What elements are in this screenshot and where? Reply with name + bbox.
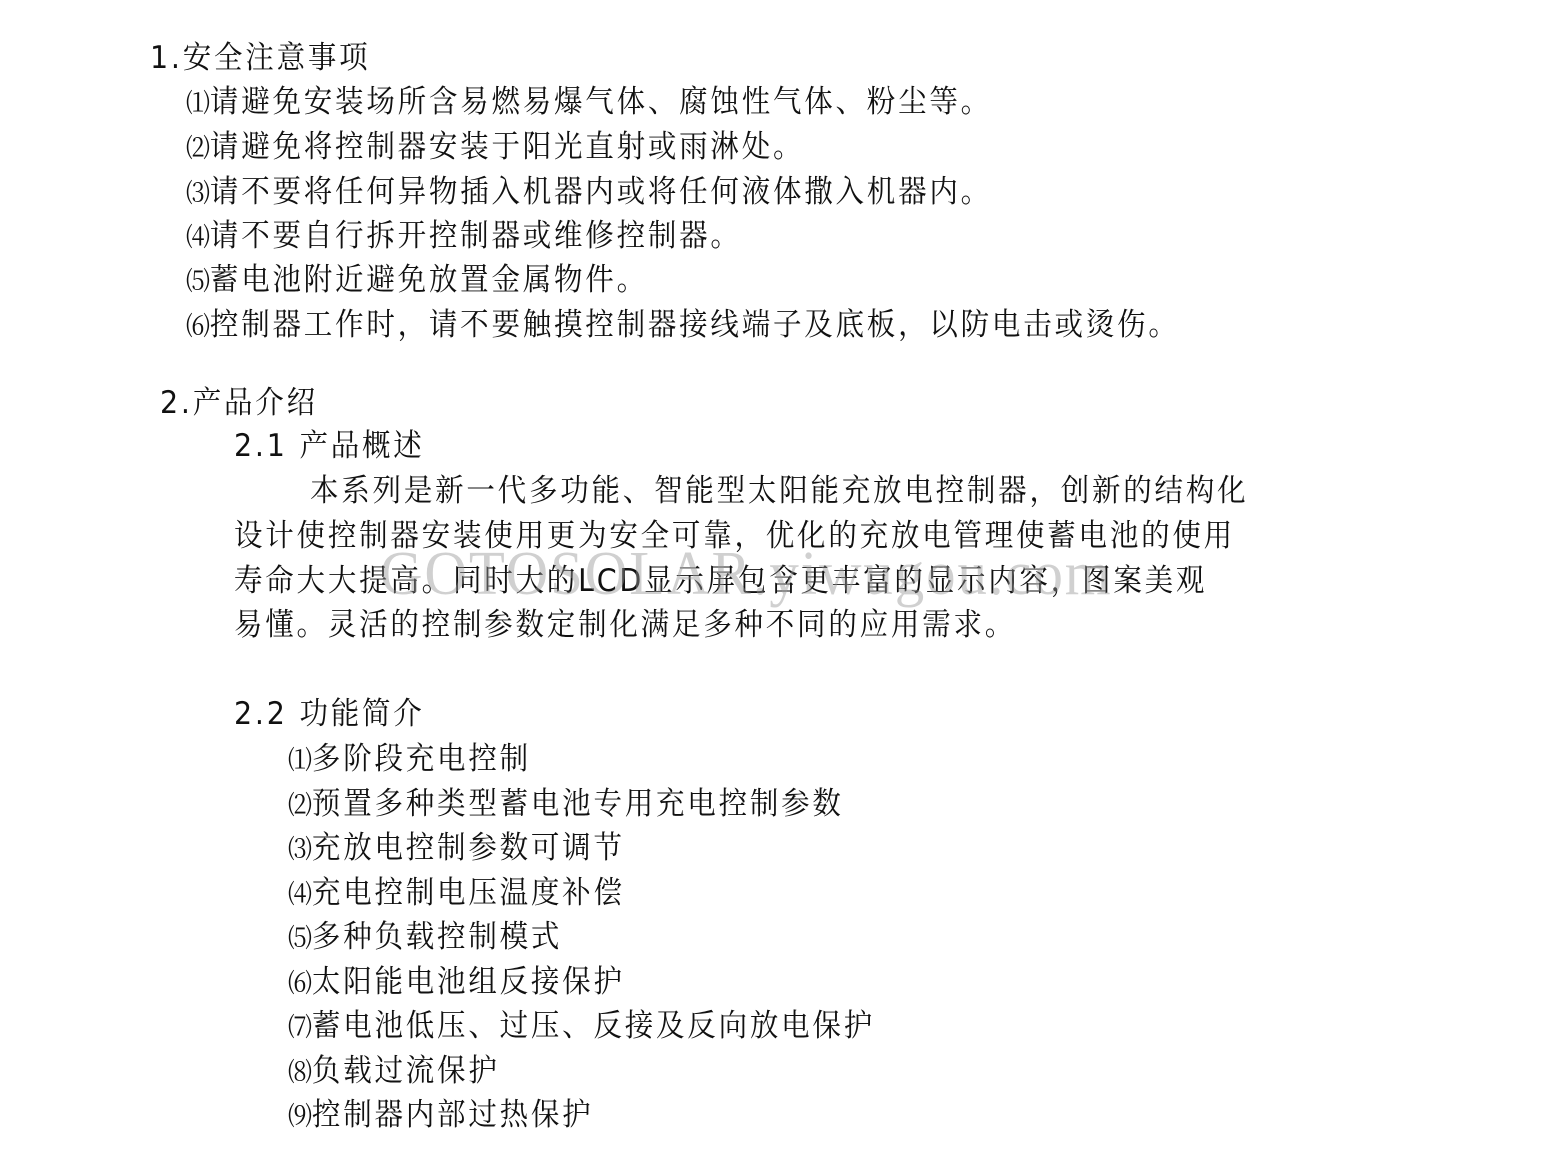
feature-item-8: ⑻负载过流保护 [288,1051,500,1093]
item-number: ⑵ [186,134,210,164]
safety-item-6: ⑹控制器工作时，请不要触摸控制器接线端子及底板，以防电击或烫伤。 [186,305,1180,347]
section-1-heading: 1.安全注意事项 [150,38,370,78]
item-text: 多阶段充电控制 [312,741,531,777]
item-text: 请不要将任何异物插入机器内或将任何液体撒入机器内。 [210,174,992,210]
item-text: 太阳能电池组反接保护 [312,964,625,1000]
section-2-heading: 2.产品介绍 [160,383,318,423]
item-text: 请避免安装场所含易燃易爆气体、腐蚀性气体、粉尘等。 [210,84,992,120]
safety-item-5: ⑸蓄电池附近避免放置金属物件。 [186,260,648,302]
item-number: ⑶ [186,179,210,209]
item-text: 蓄电池附近避免放置金属物件。 [210,262,648,298]
feature-item-2: ⑵预置多种类型蓄电池专用充电控制参数 [288,784,844,826]
item-text: 预置多种类型蓄电池专用充电控制参数 [312,786,844,822]
safety-item-4: ⑷请不要自行拆开控制器或维修控制器。 [186,216,742,258]
feature-item-6: ⑹太阳能电池组反接保护 [288,962,625,1004]
item-text: 请不要自行拆开控制器或维修控制器。 [210,218,742,254]
item-number: ⑺ [288,1013,312,1043]
item-number: ⑸ [186,267,210,297]
item-text: 控制器工作时，请不要触摸控制器接线端子及底板，以防电击或烫伤。 [210,307,1180,343]
item-number: ⑹ [186,312,210,342]
item-number: ⑻ [288,1058,312,1088]
feature-item-5: ⑸多种负载控制模式 [288,917,562,959]
overview-paragraph-line-4: 易懂。灵活的控制参数定制化满足多种不同的应用需求。 [234,605,1016,645]
item-number: ⑷ [186,223,210,253]
item-text: 请避免将控制器安装于阳光直射或雨淋处。 [210,129,804,165]
item-text: 控制器内部过热保护 [312,1097,594,1133]
overview-paragraph-line-1: 本系列是新一代多功能、智能型太阳能充放电控制器，创新的结构化 [310,471,1248,511]
feature-item-4: ⑷充电控制电压温度补偿 [288,873,625,915]
item-number: ⑷ [288,880,312,910]
item-number: ⑴ [186,89,210,119]
item-number: ⑴ [288,746,312,776]
subsection-2-1-heading: 2.1 产品概述 [234,426,425,466]
feature-item-9: ⑼控制器内部过热保护 [288,1095,593,1137]
subsection-2-2-heading: 2.2 功能简介 [234,694,425,734]
item-number: ⑹ [288,969,312,999]
overview-paragraph-line-2: 设计使控制器安装使用更为安全可靠，优化的充放电管理使蓄电池的使用 [234,516,1235,556]
safety-item-2: ⑵请避免将控制器安装于阳光直射或雨淋处。 [186,127,804,169]
feature-item-7: ⑺蓄电池低压、过压、反接及反向放电保护 [288,1006,875,1048]
item-text: 多种负载控制模式 [312,919,562,955]
item-number: ⑼ [288,1102,312,1132]
item-text: 蓄电池低压、过压、反接及反向放电保护 [312,1008,875,1044]
item-number: ⑶ [288,835,312,865]
item-text: 充放电控制参数可调节 [312,830,625,866]
safety-item-1: ⑴请避免安装场所含易燃易爆气体、腐蚀性气体、粉尘等。 [186,82,992,124]
item-number: ⑵ [288,791,312,821]
feature-item-3: ⑶充放电控制参数可调节 [288,828,625,870]
item-text: 负载过流保护 [312,1053,500,1089]
feature-item-1: ⑴多阶段充电控制 [288,739,531,781]
overview-paragraph-line-3: 寿命大大提高。同时大的LCD显示屏包含更丰富的显示内容，图案美观 [234,561,1207,601]
item-text: 充电控制电压温度补偿 [312,875,625,911]
item-number: ⑸ [288,924,312,954]
safety-item-3: ⑶请不要将任何异物插入机器内或将任何液体撒入机器内。 [186,172,992,214]
